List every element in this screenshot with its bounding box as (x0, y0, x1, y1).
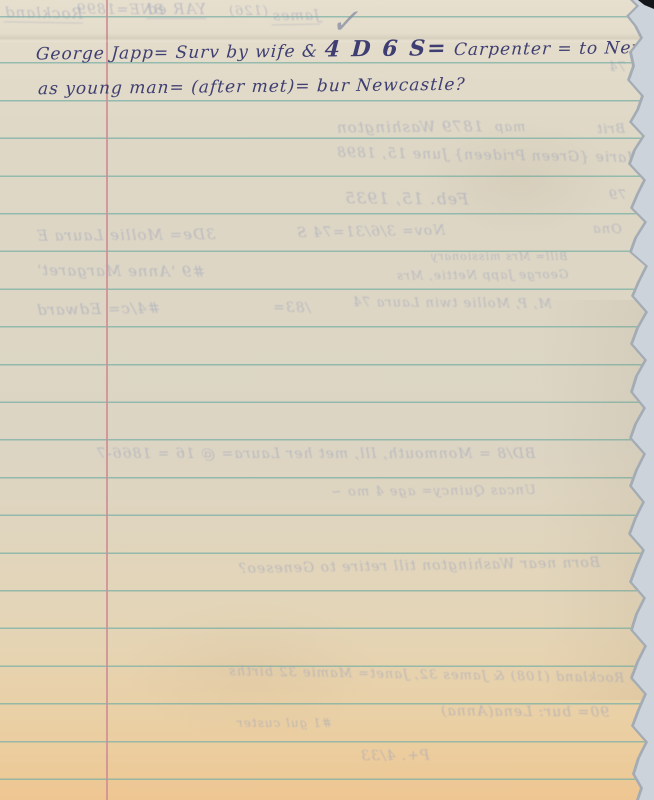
handwritten-line-1-prefix: George Japp= Surv by wife & (35, 41, 325, 64)
notebook-paper: RocklandBNE=1899YAR ed(126)James✓74map18… (0, 0, 654, 800)
scanner-corner-notch (638, 0, 654, 9)
handwritten-line-1: George Japp= Surv by wife & 4 D 6 S= Car… (35, 32, 654, 65)
handwriting-layer: George Japp= Surv by wife & 4 D 6 S= Car… (0, 0, 654, 800)
handwritten-line-2: as young man= (after met)= bur Newcastle… (37, 75, 466, 99)
scanned-page: RocklandBNE=1899YAR ed(126)James✓74map18… (0, 0, 654, 800)
handwritten-line-1-suffix: Carpenter = to Newcastle (447, 37, 654, 60)
handwritten-line-1-emphasis: 4 D 6 S= (324, 35, 449, 62)
